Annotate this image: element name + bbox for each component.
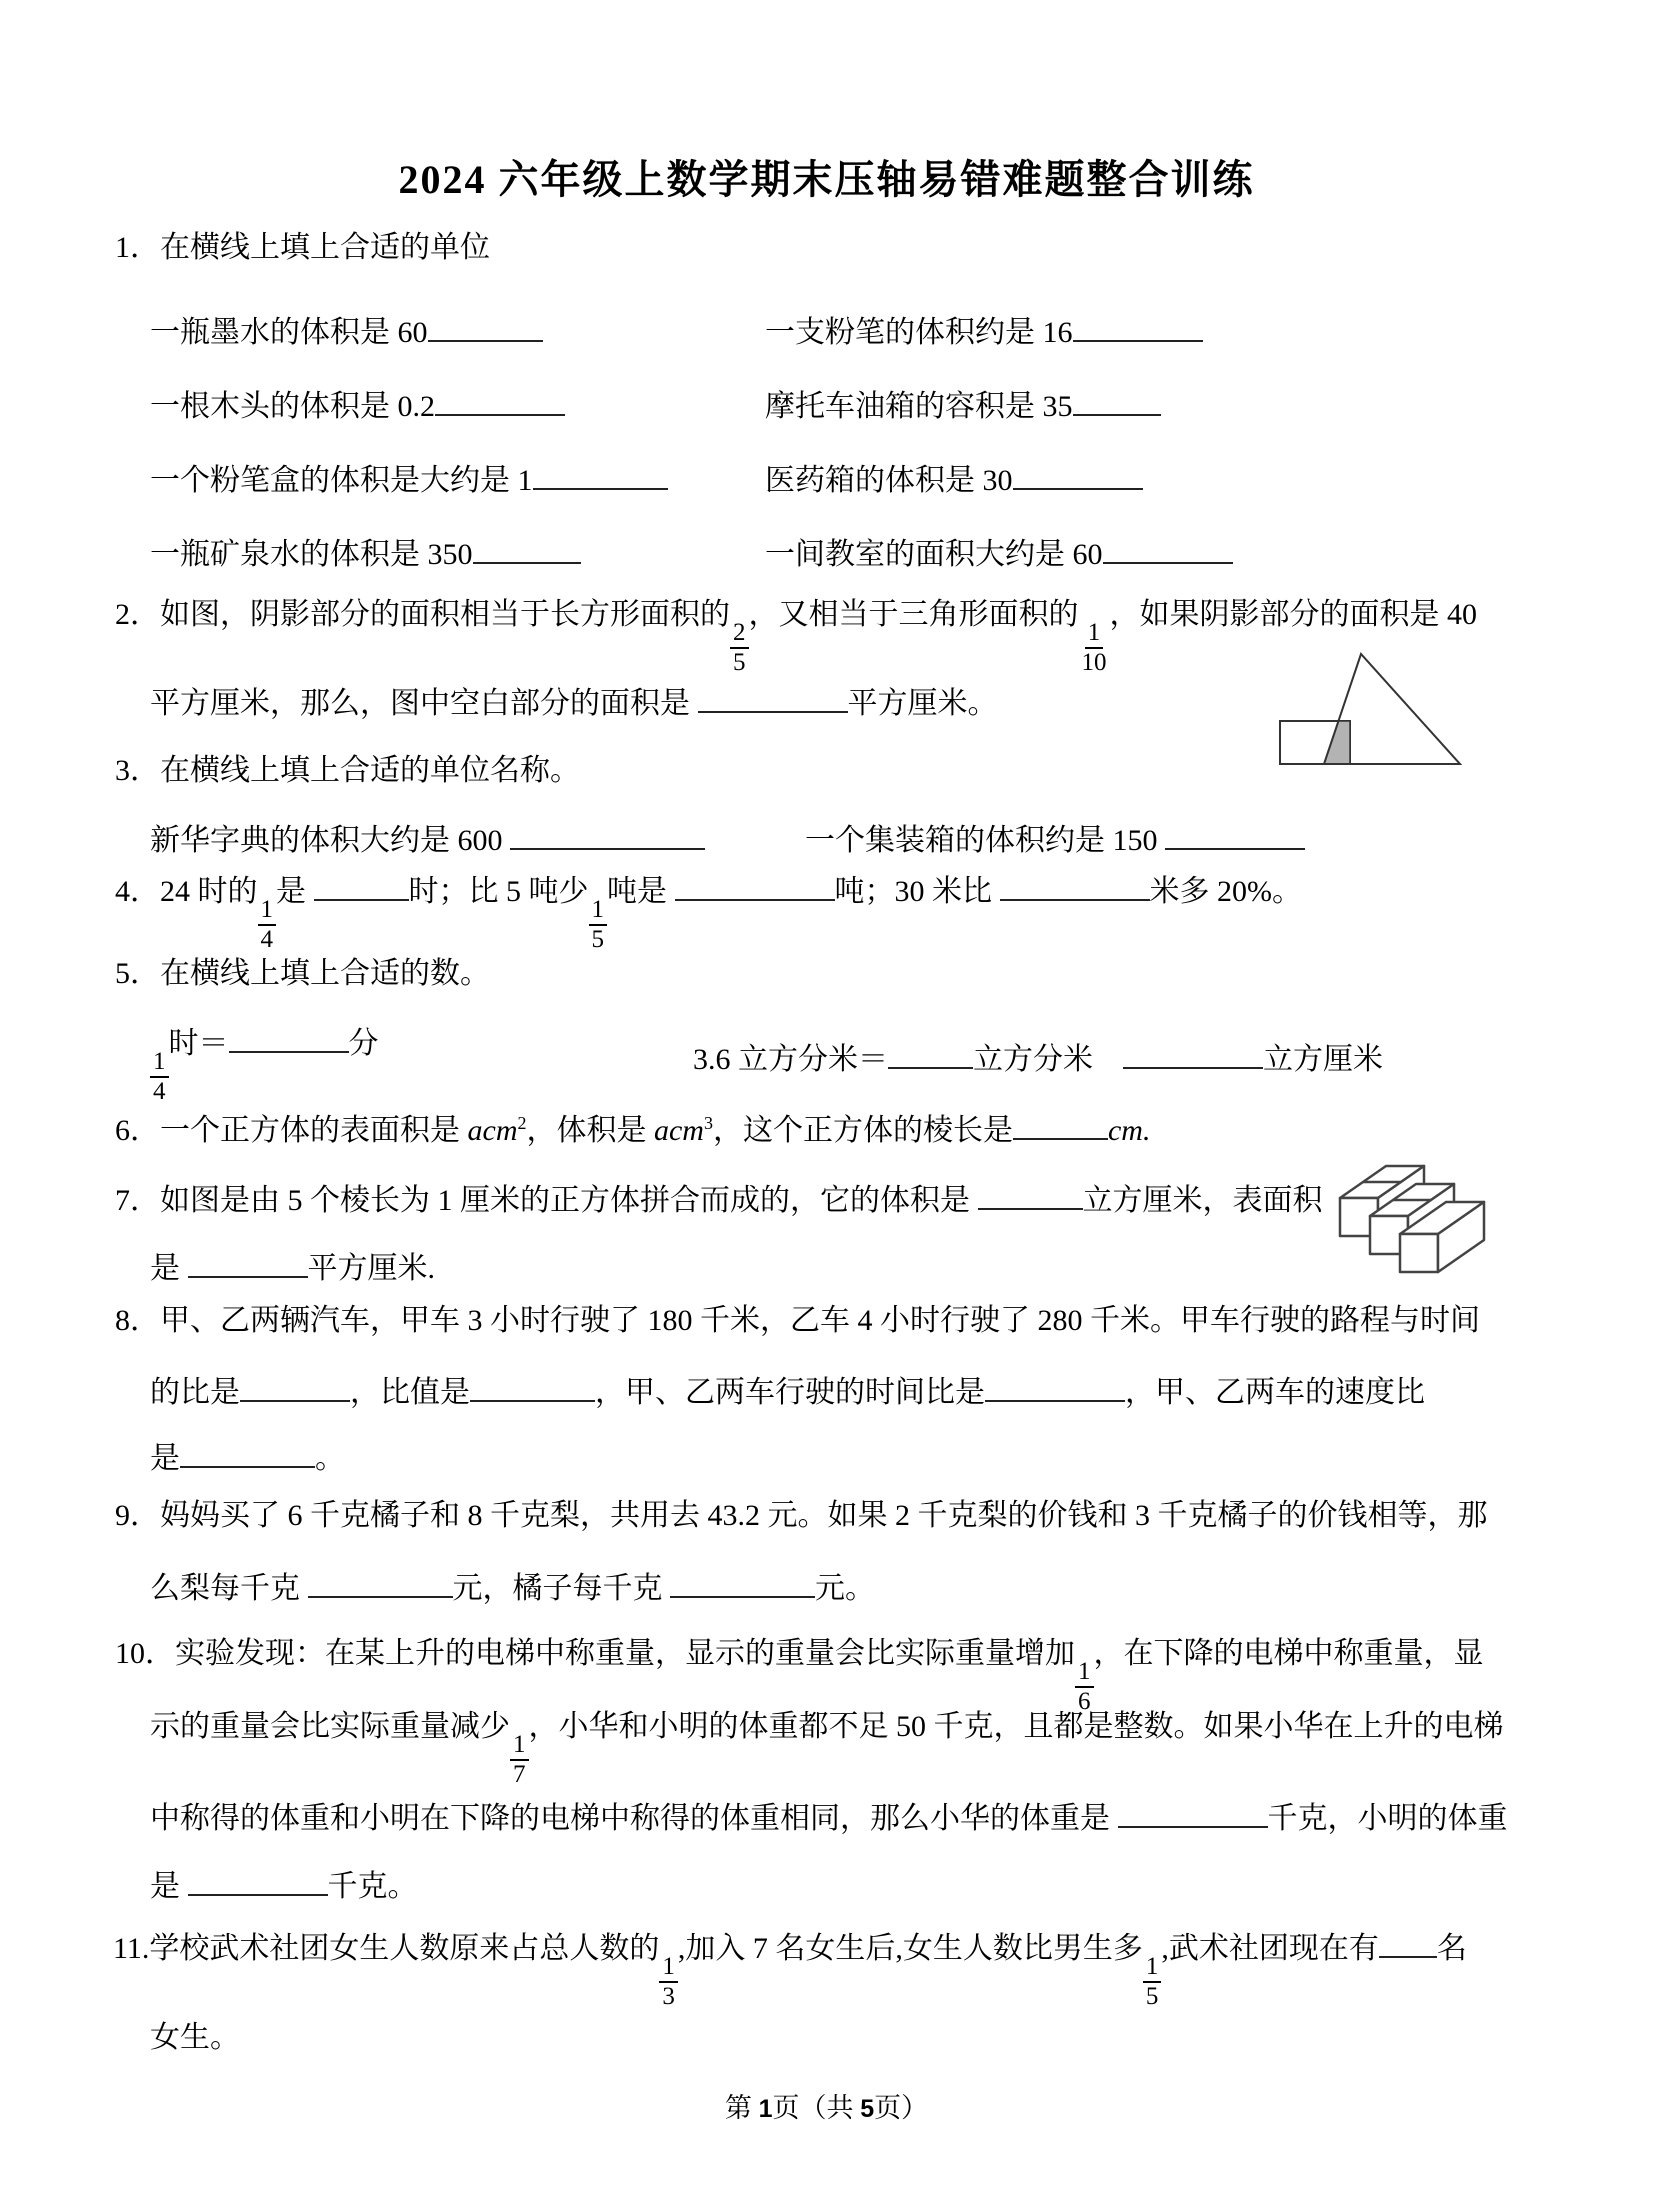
question-number: 7． bbox=[115, 1184, 160, 1217]
fraction-numerator: 1 bbox=[659, 1953, 678, 1983]
fraction-denominator: 7 bbox=[510, 1761, 529, 1789]
fraction-denominator: 5 bbox=[1143, 1983, 1162, 2011]
q1-row-4: 一瓶矿泉水的体积是 350一间教室的面积大约是 60 bbox=[115, 532, 1565, 573]
fraction: 25 bbox=[730, 619, 749, 677]
fraction-denominator: 10 bbox=[1079, 649, 1110, 677]
text-run: 时；比 5 吨少 bbox=[409, 875, 589, 908]
fraction-numerator: 1 bbox=[1075, 1658, 1094, 1688]
text-run: 吨；30 米比 bbox=[835, 875, 1000, 908]
blank-underline bbox=[473, 532, 581, 564]
text-run: 么梨每千克 bbox=[150, 1572, 308, 1605]
text-run: ，体积是 bbox=[526, 1114, 654, 1147]
fraction: 16 bbox=[1075, 1658, 1094, 1716]
fraction-numerator: 1 bbox=[1143, 1953, 1162, 1983]
q1-row-2-right: 摩托车油箱的容积是 35 bbox=[765, 384, 1161, 425]
question-number: 4． bbox=[115, 875, 160, 908]
fraction: 15 bbox=[1143, 1953, 1162, 2011]
text-run: 是 bbox=[276, 875, 314, 908]
blank-underline bbox=[240, 1370, 350, 1402]
text-run: 新华字典的体积大约是 600 bbox=[150, 824, 510, 857]
question-9-line-2: 么梨每千克 元，橘子每千克 元。 bbox=[150, 1566, 875, 1607]
text-run: 元，橘子每千克 bbox=[453, 1572, 671, 1605]
fraction-numerator: 1 bbox=[258, 896, 277, 926]
text-run: 千克。 bbox=[328, 1870, 418, 1903]
text-run: 平方厘米，那么，图中空白部分的面积是 bbox=[150, 687, 698, 720]
q1-row-2: 一根木头的体积是 0.2摩托车油箱的容积是 35 bbox=[115, 384, 1565, 425]
superscript: 3 bbox=[704, 1113, 713, 1133]
text-run: 一支粉笔的体积约是 16 bbox=[765, 316, 1073, 349]
text-run: 在横线上填上合适的单位名称。 bbox=[160, 754, 580, 787]
text-run: 如图，阴影部分的面积相当于长方形面积的 bbox=[160, 598, 730, 631]
blank-underline bbox=[1379, 1926, 1437, 1958]
fraction-numerator: 1 bbox=[589, 896, 608, 926]
fraction-denominator: 5 bbox=[730, 649, 749, 677]
text-run: 平方厘米。 bbox=[848, 687, 998, 720]
variable: acm bbox=[468, 1114, 518, 1147]
footer-text: 第 bbox=[725, 2093, 759, 2123]
footer-text: 页） bbox=[874, 2093, 928, 2123]
text-run: 分 bbox=[349, 1027, 379, 1060]
text-run: 时＝ bbox=[169, 1027, 229, 1060]
text-run: 妈妈买了 6 千克橘子和 8 千克梨，共用去 43.2 元。如果 2 千克梨的价… bbox=[160, 1499, 1488, 1532]
text-run: 一根木头的体积是 0.2 bbox=[150, 390, 435, 423]
page-title: 2024 六年级上数学期末压轴易错难题整合训练 bbox=[0, 148, 1653, 205]
worksheet-page: 2024 六年级上数学期末压轴易错难题整合训练 1．在横线上填上合适的单位 一瓶… bbox=[0, 0, 1653, 2204]
text-run: ，小华和小明的体重都不足 50 千克，且都是整数。如果小华在上升的电梯 bbox=[529, 1710, 1504, 1743]
blank-underline bbox=[985, 1370, 1125, 1402]
blank-underline bbox=[1000, 869, 1150, 901]
text-run: 摩托车油箱的容积是 35 bbox=[765, 390, 1073, 423]
text-run: ，甲、乙两车行驶的时间比是 bbox=[595, 1376, 985, 1409]
blank-underline bbox=[188, 1246, 308, 1278]
text-run: 千克，小明的体重 bbox=[1268, 1802, 1508, 1835]
question-8-line-2: 的比是，比值是，甲、乙两车行驶的时间比是，甲、乙两车的速度比 bbox=[150, 1370, 1425, 1411]
text-run: 一瓶墨水的体积是 60 bbox=[150, 316, 428, 349]
question-5-content: 14时＝分3.6 立方分米＝立方分米立方厘米 bbox=[150, 1021, 1570, 1106]
text-run: 在横线上填上合适的单位 bbox=[160, 231, 490, 264]
q1-row-1: 一瓶墨水的体积是 60一支粉笔的体积约是 16 bbox=[115, 310, 1565, 351]
text-run: 一个粉笔盒的体积是大约是 1 bbox=[150, 464, 533, 497]
fraction: 14 bbox=[150, 1048, 169, 1106]
text-run: ，这个正方体的棱长是 bbox=[713, 1114, 1013, 1147]
text-run: 是 bbox=[150, 1252, 188, 1285]
blank-underline bbox=[1013, 458, 1143, 490]
text-run: 示的重量会比实际重量减少 bbox=[150, 1710, 510, 1743]
blank-underline bbox=[229, 1021, 349, 1053]
text-run: 中称得的体重和小明在下降的电梯中称得的体重相同，那么小华的体重是 bbox=[150, 1802, 1118, 1835]
question-4: 4．24 时的14是 时；比 5 吨少15吨是 吨；30 米比 米多 20%。 bbox=[115, 869, 1302, 954]
fraction-numerator: 2 bbox=[730, 619, 749, 649]
blank-underline bbox=[1073, 310, 1203, 342]
page-footer: 第 1页（共 5页） bbox=[0, 2086, 1653, 2125]
text-run: 平方厘米. bbox=[308, 1252, 436, 1285]
fraction: 15 bbox=[589, 896, 608, 954]
blank-underline bbox=[978, 1178, 1083, 1210]
blank-underline bbox=[435, 384, 565, 416]
total-pages: 5 bbox=[860, 2095, 874, 2123]
text-run: ,加入 7 名女生后,女生人数比男生多 bbox=[678, 1932, 1143, 1965]
fraction-numerator: 1 bbox=[510, 1731, 529, 1761]
q1-row-3-right: 医药箱的体积是 30 bbox=[765, 458, 1143, 499]
q3-right: 一个集装箱的体积约是 150 bbox=[805, 818, 1305, 859]
unit: cm. bbox=[1108, 1114, 1150, 1147]
q1-row-3: 一个粉笔盒的体积是大约是 1医药箱的体积是 30 bbox=[115, 458, 1565, 499]
text-run: ，如果阴影部分的面积是 40 bbox=[1110, 598, 1478, 631]
cubes-figure bbox=[1338, 1148, 1513, 1283]
question-10-line-1: 10．实验发现：在某上升的电梯中称重量，显示的重量会比实际重量增加16，在下降的… bbox=[115, 1636, 1484, 1716]
blank-underline bbox=[180, 1436, 315, 1468]
text-run: 一瓶矿泉水的体积是 350 bbox=[150, 538, 473, 571]
text-run: 立方厘米，表面积 bbox=[1083, 1184, 1323, 1217]
text-run: 医药箱的体积是 30 bbox=[765, 464, 1013, 497]
text-run: ,武术社团现在有 bbox=[1161, 1932, 1379, 1965]
text-run: ，又相当于三角形面积的 bbox=[749, 598, 1079, 631]
question-3-content: 新华字典的体积大约是 600 一个集装箱的体积约是 150 bbox=[115, 818, 1565, 859]
blank-underline bbox=[510, 818, 705, 850]
text-run: 立方厘米 bbox=[1263, 1043, 1383, 1076]
question-3: 3．在横线上填上合适的单位名称。 bbox=[115, 753, 580, 789]
fraction-numerator: 1 bbox=[1085, 619, 1104, 649]
question-7-line-2: 是 平方厘米. bbox=[150, 1246, 435, 1287]
question-9-line-1: 9．妈妈买了 6 千克橘子和 8 千克梨，共用去 43.2 元。如果 2 千克梨… bbox=[115, 1498, 1488, 1534]
fraction-numerator: 1 bbox=[150, 1048, 169, 1078]
blank-underline bbox=[1103, 532, 1233, 564]
fraction: 13 bbox=[659, 1953, 678, 2011]
question-number: 10． bbox=[115, 1637, 175, 1670]
blank-underline bbox=[428, 310, 543, 342]
text-run: 一个集装箱的体积约是 150 bbox=[805, 824, 1165, 857]
blank-underline bbox=[888, 1037, 973, 1069]
question-2-line-2: 平方厘米，那么，图中空白部分的面积是 平方厘米。 bbox=[150, 681, 998, 722]
text-run: 在横线上填上合适的数。 bbox=[160, 957, 490, 990]
text-run: 的比是 bbox=[150, 1376, 240, 1409]
text-run: 名 bbox=[1437, 1932, 1467, 1965]
question-number: 1． bbox=[115, 231, 160, 264]
text-run: 24 时的 bbox=[160, 875, 258, 908]
text-run: 是 bbox=[150, 1442, 180, 1475]
blank-underline bbox=[1118, 1796, 1268, 1828]
question-number: 6． bbox=[115, 1114, 160, 1147]
fraction: 17 bbox=[510, 1731, 529, 1789]
text-run: 一个正方体的表面积是 bbox=[160, 1114, 468, 1147]
question-10-line-2: 示的重量会比实际重量减少17，小华和小明的体重都不足 50 千克，且都是整数。如… bbox=[150, 1709, 1504, 1789]
blank-underline bbox=[1013, 1108, 1108, 1140]
text-run: ，在下降的电梯中称重量，显 bbox=[1094, 1637, 1484, 1670]
text-run: 如图是由 5 个棱长为 1 厘米的正方体拼合而成的，它的体积是 bbox=[160, 1184, 978, 1217]
page-number: 1 bbox=[759, 2095, 773, 2123]
question-1: 1．在横线上填上合适的单位 bbox=[115, 230, 490, 266]
text-run: 。 bbox=[315, 1442, 345, 1475]
question-number: 3． bbox=[115, 754, 160, 787]
blank-underline bbox=[698, 681, 848, 713]
blank-underline bbox=[308, 1566, 453, 1598]
fraction-denominator: 5 bbox=[589, 926, 608, 954]
rectangle-triangle-figure bbox=[1272, 648, 1467, 770]
blank-underline bbox=[670, 1566, 815, 1598]
fraction: 14 bbox=[258, 896, 277, 954]
text-run: ，比值是 bbox=[350, 1376, 470, 1409]
blank-underline bbox=[675, 869, 835, 901]
question-number: 2． bbox=[115, 598, 160, 631]
text-run: 立方分米 bbox=[973, 1043, 1093, 1076]
blank-underline bbox=[188, 1864, 328, 1896]
text-run: 一间教室的面积大约是 60 bbox=[765, 538, 1103, 571]
blank-underline bbox=[533, 458, 668, 490]
text-run: 实验发现：在某上升的电梯中称重量，显示的重量会比实际重量增加 bbox=[175, 1637, 1075, 1670]
text-run: 女生。 bbox=[150, 2021, 240, 2054]
text-run: 是 bbox=[150, 1870, 188, 1903]
question-8-line-1: 8．甲、乙两辆汽车，甲车 3 小时行驶了 180 千米，乙车 4 小时行驶了 2… bbox=[115, 1303, 1480, 1339]
question-8-line-3: 是。 bbox=[150, 1436, 345, 1477]
text-run: 学校武术社团女生人数原来占总人数的 bbox=[149, 1932, 659, 1965]
question-5: 5．在横线上填上合适的数。 bbox=[115, 956, 490, 992]
q1-row-1-right: 一支粉笔的体积约是 16 bbox=[765, 310, 1203, 351]
blank-underline bbox=[1165, 818, 1305, 850]
question-10-line-4: 是 千克。 bbox=[150, 1864, 418, 1905]
blank-underline bbox=[314, 869, 409, 901]
question-number: 11. bbox=[113, 1932, 149, 1965]
question-6: 6．一个正方体的表面积是 acm2，体积是 acm3，这个正方体的棱长是cm. bbox=[115, 1108, 1150, 1149]
text-run: 甲、乙两辆汽车，甲车 3 小时行驶了 180 千米，乙车 4 小时行驶了 280… bbox=[160, 1304, 1480, 1337]
question-number: 5． bbox=[115, 957, 160, 990]
q5-right: 3.6 立方分米＝立方分米立方厘米 bbox=[693, 1037, 1383, 1078]
fraction: 110 bbox=[1079, 619, 1110, 677]
q1-row-4-right: 一间教室的面积大约是 60 bbox=[765, 532, 1233, 573]
question-11-line-1: 11.学校武术社团女生人数原来占总人数的13,加入 7 名女生后,女生人数比男生… bbox=[113, 1926, 1467, 2011]
question-10-line-3: 中称得的体重和小明在下降的电梯中称得的体重相同，那么小华的体重是 千克，小明的体… bbox=[150, 1796, 1508, 1837]
question-11-line-2: 女生。 bbox=[150, 2020, 240, 2056]
text-run: ，甲、乙两车的速度比 bbox=[1125, 1376, 1425, 1409]
text-run: 3.6 立方分米＝ bbox=[693, 1043, 888, 1076]
question-number: 9． bbox=[115, 1499, 160, 1532]
question-7-line-1: 7．如图是由 5 个棱长为 1 厘米的正方体拼合而成的，它的体积是 立方厘米，表… bbox=[115, 1178, 1323, 1219]
text-run: 吨是 bbox=[607, 875, 675, 908]
blank-underline bbox=[470, 1370, 595, 1402]
text-run: 元。 bbox=[815, 1572, 875, 1605]
blank-underline bbox=[1073, 384, 1161, 416]
fraction-denominator: 4 bbox=[258, 926, 277, 954]
footer-text: 页（共 bbox=[773, 2093, 861, 2123]
text-run: 米多 20%。 bbox=[1150, 875, 1303, 908]
question-number: 8． bbox=[115, 1304, 160, 1337]
fraction-denominator: 4 bbox=[150, 1078, 169, 1106]
variable: acm bbox=[654, 1114, 704, 1147]
blank-underline bbox=[1123, 1037, 1263, 1069]
fraction-denominator: 3 bbox=[659, 1983, 678, 2011]
